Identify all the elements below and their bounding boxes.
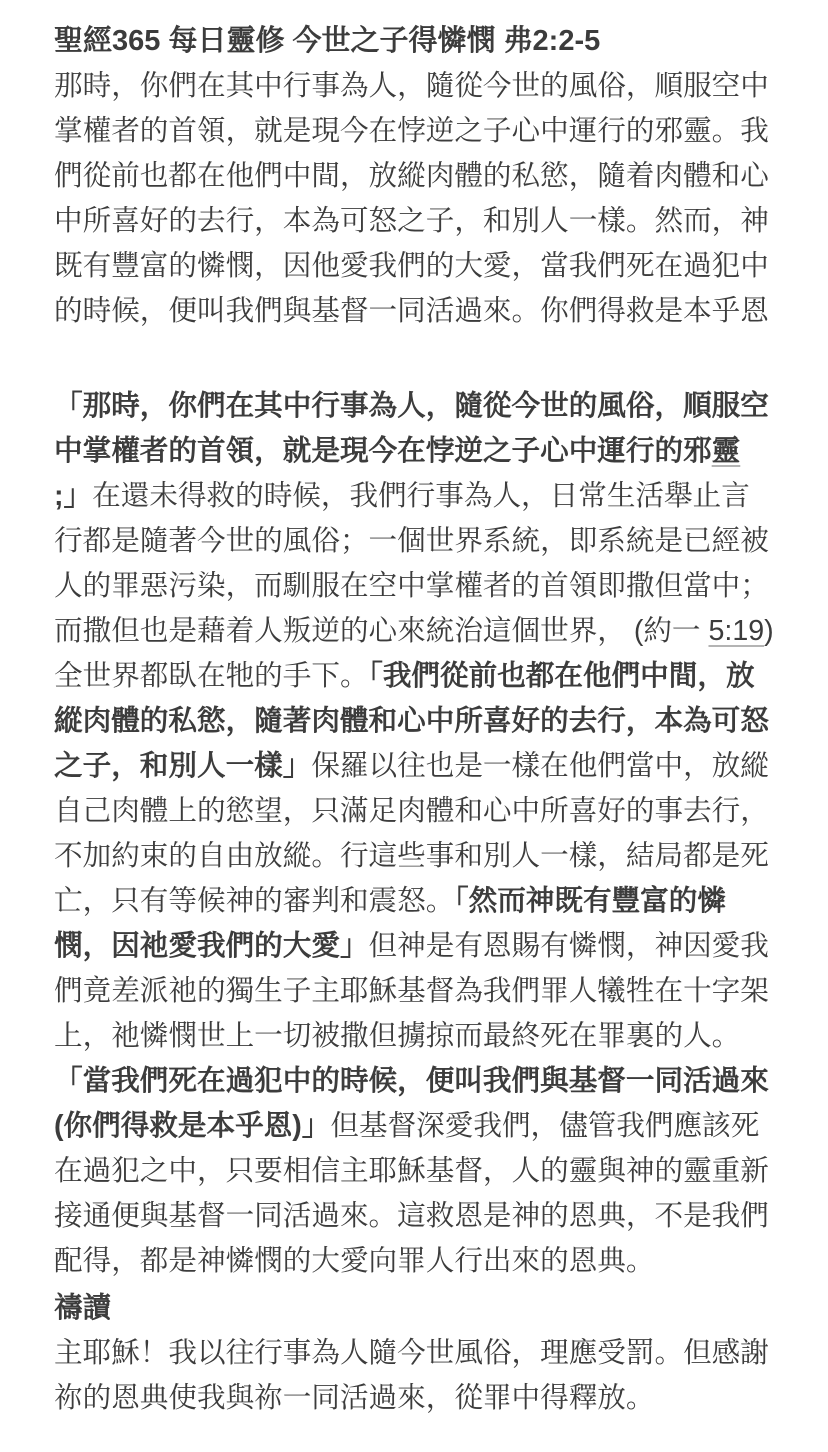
bold-quote: 「那時，你們在其中行事為人，隨從今世的風俗，順服空中掌權者的首領，就是現今在悖逆… (54, 390, 769, 467)
scripture-paragraph: 那時，你們在其中行事為人，隨從今世的風俗，順服空中掌權者的首領，就是現今在悖逆之… (54, 64, 776, 334)
devotional-page: 聖經365 每日靈修 今世之子得憐憫 弗2:2-5 那時，你們在其中行事為人，隨… (0, 0, 828, 1421)
commentary-text: 在還未得救的時候，我們行事為人，日常生活舉止言行都是隨著今世的風俗；一個世界系統… (54, 480, 769, 647)
bold-quote: ;」 (54, 480, 92, 512)
prayer-heading: 禱讀 (54, 1286, 776, 1331)
commentary-paragraph: 「那時，你們在其中行事為人，隨從今世的風俗，順服空中掌權者的首領，就是現今在悖逆… (54, 384, 776, 1284)
prayer-paragraph: 主耶穌！我以往行事為人隨今世風俗，理應受罰。但感謝祢的恩典使我與祢一同活過來，從… (54, 1331, 776, 1421)
verse-link[interactable]: 5:19 (708, 615, 764, 647)
underlined-char: 靈 (712, 435, 741, 467)
page-title: 聖經365 每日靈修 今世之子得憐憫 弗2:2-5 (54, 18, 776, 64)
